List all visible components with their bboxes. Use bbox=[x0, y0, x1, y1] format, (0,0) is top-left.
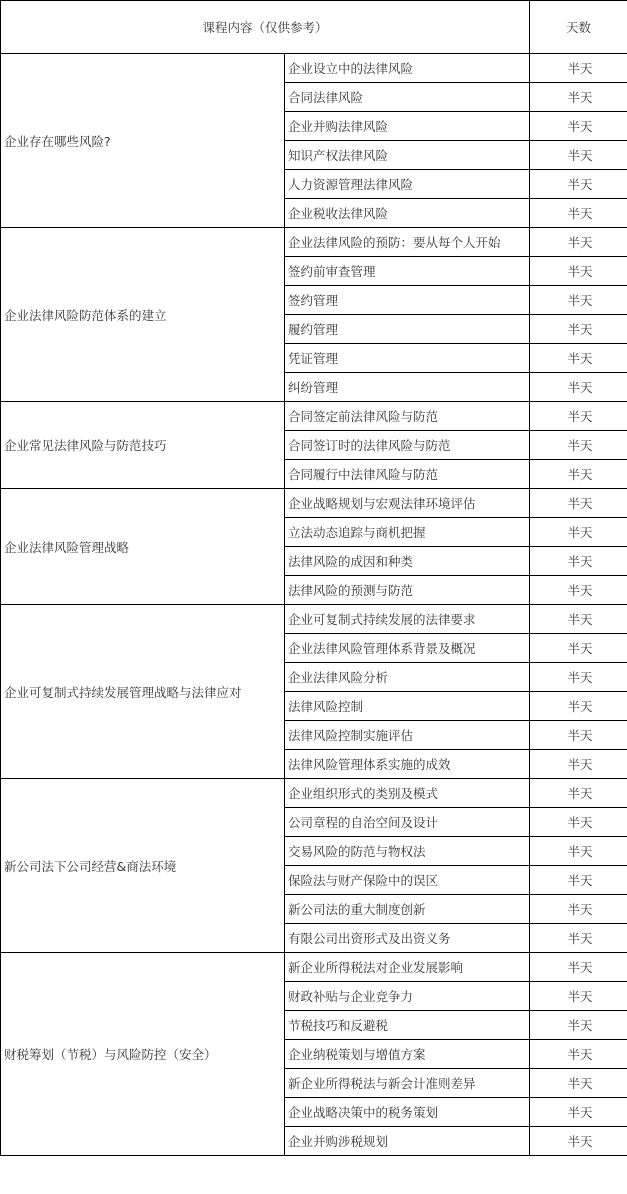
course-table: 课程内容（仅供参考） 天数 企业存在哪些风险?企业设立中的法律风险半天合同法律风… bbox=[0, 0, 627, 1156]
days-cell: 半天 bbox=[530, 112, 627, 141]
table-row: 企业法律风险管理战略企业战略规划与宏观法律环境评估半天 bbox=[1, 489, 627, 518]
topic-cell: 保险法与财产保险中的误区 bbox=[285, 866, 530, 895]
topic-cell: 企业并购涉税规划 bbox=[285, 1127, 530, 1156]
days-cell: 半天 bbox=[530, 1127, 627, 1156]
category-cell: 企业常见法律风险与防范技巧 bbox=[1, 402, 285, 489]
topic-cell: 企业并购法律风险 bbox=[285, 112, 530, 141]
topic-cell: 企业可复制式持续发展的法律要求 bbox=[285, 605, 530, 634]
days-cell: 半天 bbox=[530, 953, 627, 982]
topic-cell: 公司章程的自治空间及设计 bbox=[285, 808, 530, 837]
days-cell: 半天 bbox=[530, 837, 627, 866]
topic-cell: 节税技巧和反避税 bbox=[285, 1011, 530, 1040]
topic-cell: 法律风险控制 bbox=[285, 692, 530, 721]
days-cell: 半天 bbox=[530, 721, 627, 750]
topic-cell: 企业组织形式的类别及模式 bbox=[285, 779, 530, 808]
topic-cell: 合同签定前法律风险与防范 bbox=[285, 402, 530, 431]
days-cell: 半天 bbox=[530, 692, 627, 721]
course-body: 企业存在哪些风险?企业设立中的法律风险半天合同法律风险半天企业并购法律风险半天知… bbox=[1, 54, 627, 1156]
table-row: 新公司法下公司经营&商法环境企业组织形式的类别及模式半天 bbox=[1, 779, 627, 808]
topic-cell: 交易风险的防范与物权法 bbox=[285, 837, 530, 866]
topic-cell: 企业纳税策划与增值方案 bbox=[285, 1040, 530, 1069]
topic-cell: 合同法律风险 bbox=[285, 83, 530, 112]
category-cell: 财税筹划（节税）与风险防控（安全） bbox=[1, 953, 285, 1156]
table-row: 企业常见法律风险与防范技巧合同签定前法律风险与防范半天 bbox=[1, 402, 627, 431]
topic-cell: 新企业所得税法与新会计准则差异 bbox=[285, 1069, 530, 1098]
days-cell: 半天 bbox=[530, 1011, 627, 1040]
header-days: 天数 bbox=[530, 1, 627, 54]
topic-cell: 企业设立中的法律风险 bbox=[285, 54, 530, 83]
topic-cell: 知识产权法律风险 bbox=[285, 141, 530, 170]
category-cell: 企业法律风险防范体系的建立 bbox=[1, 228, 285, 402]
days-cell: 半天 bbox=[530, 576, 627, 605]
topic-cell: 凭证管理 bbox=[285, 344, 530, 373]
topic-cell: 法律风险的预测与防范 bbox=[285, 576, 530, 605]
topic-cell: 法律风险控制实施评估 bbox=[285, 721, 530, 750]
days-cell: 半天 bbox=[530, 228, 627, 257]
topic-cell: 签约前审查管理 bbox=[285, 257, 530, 286]
topic-cell: 新企业所得税法对企业发展影响 bbox=[285, 953, 530, 982]
days-cell: 半天 bbox=[530, 1040, 627, 1069]
days-cell: 半天 bbox=[530, 1069, 627, 1098]
topic-cell: 履约管理 bbox=[285, 315, 530, 344]
days-cell: 半天 bbox=[530, 663, 627, 692]
topic-cell: 立法动态追踪与商机把握 bbox=[285, 518, 530, 547]
days-cell: 半天 bbox=[530, 547, 627, 576]
category-cell: 企业存在哪些风险? bbox=[1, 54, 285, 228]
topic-cell: 企业法律风险管理体系背景及概况 bbox=[285, 634, 530, 663]
days-cell: 半天 bbox=[530, 866, 627, 895]
days-cell: 半天 bbox=[530, 518, 627, 547]
days-cell: 半天 bbox=[530, 634, 627, 663]
category-cell: 新公司法下公司经营&商法环境 bbox=[1, 779, 285, 953]
days-cell: 半天 bbox=[530, 489, 627, 518]
days-cell: 半天 bbox=[530, 402, 627, 431]
days-cell: 半天 bbox=[530, 344, 627, 373]
table-row: 企业可复制式持续发展管理战略与法律应对企业可复制式持续发展的法律要求半天 bbox=[1, 605, 627, 634]
days-cell: 半天 bbox=[530, 750, 627, 779]
category-cell: 企业可复制式持续发展管理战略与法律应对 bbox=[1, 605, 285, 779]
topic-cell: 合同签订时的法律风险与防范 bbox=[285, 431, 530, 460]
days-cell: 半天 bbox=[530, 808, 627, 837]
days-cell: 半天 bbox=[530, 1098, 627, 1127]
days-cell: 半天 bbox=[530, 257, 627, 286]
days-cell: 半天 bbox=[530, 605, 627, 634]
topic-cell: 企业法律风险的预防：要从每个人开始 bbox=[285, 228, 530, 257]
topic-cell: 财政补贴与企业竞争力 bbox=[285, 982, 530, 1011]
days-cell: 半天 bbox=[530, 460, 627, 489]
days-cell: 半天 bbox=[530, 431, 627, 460]
table-row: 企业法律风险防范体系的建立企业法律风险的预防：要从每个人开始半天 bbox=[1, 228, 627, 257]
topic-cell: 人力资源管理法律风险 bbox=[285, 170, 530, 199]
days-cell: 半天 bbox=[530, 286, 627, 315]
topic-cell: 合同履行中法律风险与防范 bbox=[285, 460, 530, 489]
topic-cell: 法律风险的成因和种类 bbox=[285, 547, 530, 576]
topic-cell: 企业税收法律风险 bbox=[285, 199, 530, 228]
topic-cell: 签约管理 bbox=[285, 286, 530, 315]
topic-cell: 法律风险管理体系实施的成效 bbox=[285, 750, 530, 779]
days-cell: 半天 bbox=[530, 315, 627, 344]
topic-cell: 企业战略规划与宏观法律环境评估 bbox=[285, 489, 530, 518]
days-cell: 半天 bbox=[530, 895, 627, 924]
topic-cell: 新公司法的重大制度创新 bbox=[285, 895, 530, 924]
table-row: 财税筹划（节税）与风险防控（安全）新企业所得税法对企业发展影响半天 bbox=[1, 953, 627, 982]
days-cell: 半天 bbox=[530, 924, 627, 953]
topic-cell: 企业法律风险分析 bbox=[285, 663, 530, 692]
header-content: 课程内容（仅供参考） bbox=[1, 1, 530, 54]
days-cell: 半天 bbox=[530, 54, 627, 83]
topic-cell: 有限公司出资形式及出资义务 bbox=[285, 924, 530, 953]
days-cell: 半天 bbox=[530, 373, 627, 402]
header-row: 课程内容（仅供参考） 天数 bbox=[1, 1, 627, 54]
days-cell: 半天 bbox=[530, 982, 627, 1011]
days-cell: 半天 bbox=[530, 199, 627, 228]
days-cell: 半天 bbox=[530, 779, 627, 808]
category-cell: 企业法律风险管理战略 bbox=[1, 489, 285, 605]
topic-cell: 纠纷管理 bbox=[285, 373, 530, 402]
topic-cell: 企业战略决策中的税务策划 bbox=[285, 1098, 530, 1127]
days-cell: 半天 bbox=[530, 170, 627, 199]
table-row: 企业存在哪些风险?企业设立中的法律风险半天 bbox=[1, 54, 627, 83]
days-cell: 半天 bbox=[530, 83, 627, 112]
days-cell: 半天 bbox=[530, 141, 627, 170]
